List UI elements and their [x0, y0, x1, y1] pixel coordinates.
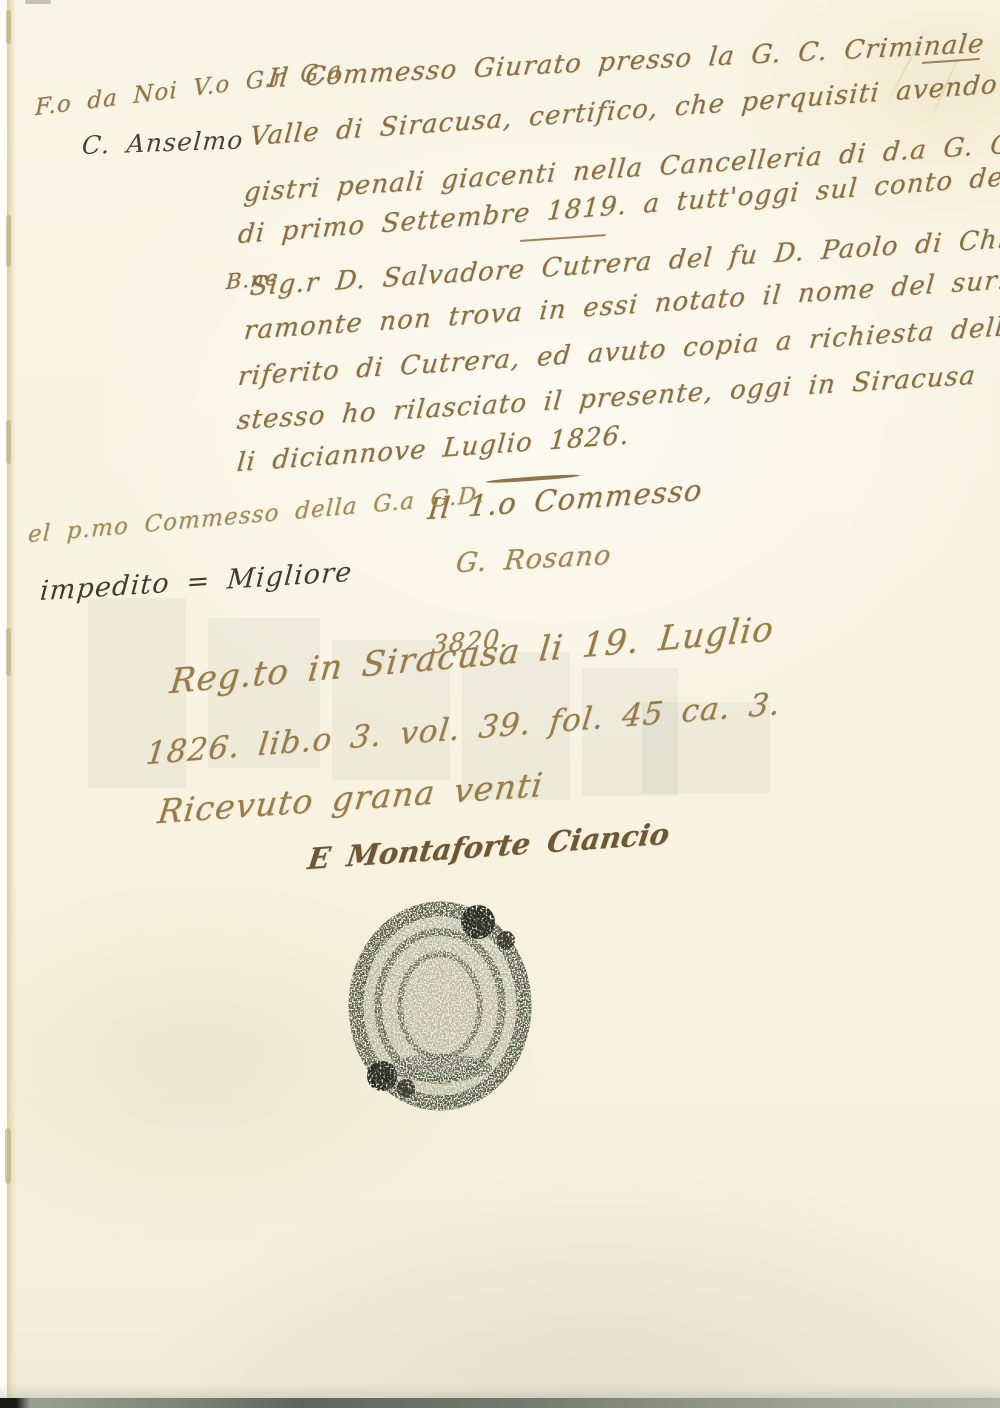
- edge-smudge: [6, 10, 11, 44]
- page-edge-left: [7, 0, 16, 1408]
- clerk-note-line2: impedito = Migliore: [39, 557, 354, 607]
- edge-smudge: [5, 1128, 11, 1184]
- edge-smudge-top: [25, 0, 51, 4]
- margin-note-abbrev: B.ne: [225, 265, 279, 294]
- page-edge-bottom: [0, 1398, 1000, 1408]
- signature-name: G. Rosano: [454, 540, 613, 579]
- page-edge-left-background: [0, 0, 7, 1408]
- registration-signature: E Montaforte Ciancio: [306, 817, 672, 877]
- margin-note-anselmo: C. Anselmo: [81, 125, 245, 160]
- edge-smudge: [6, 628, 11, 676]
- edge-smudge: [6, 215, 11, 267]
- ink-stamp: [348, 900, 538, 1115]
- scanned-manuscript-page: F.o da Noi V.o G.r G.a C. Anselmo Il Com…: [0, 0, 1000, 1408]
- ink-underline-1819: [520, 234, 606, 242]
- edge-smudge: [6, 420, 11, 464]
- clerk-note-line1: el p.mo Commesso della G.a G.D.: [27, 482, 485, 548]
- page-edge-bottom-shadow: [0, 1384, 1000, 1398]
